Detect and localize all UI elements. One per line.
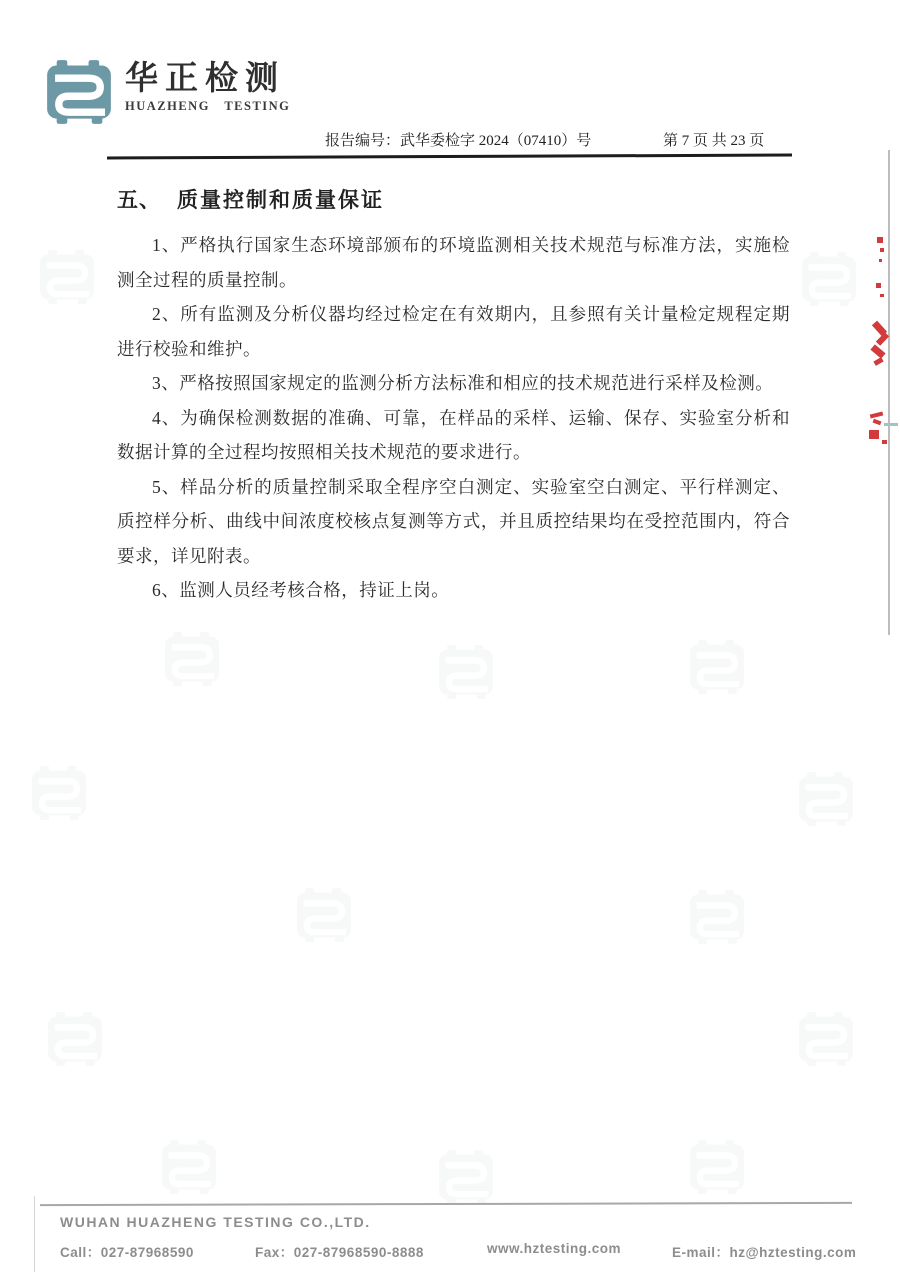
watermark-logo <box>688 1140 746 1194</box>
header-rule <box>107 154 792 160</box>
body-paragraph: 5、样品分析的质量控制采取全程序空白测定、实验室空白测定、平行样测定、质控样分析… <box>117 470 790 574</box>
watermark-logo <box>797 772 855 826</box>
footer-rule <box>40 1202 852 1206</box>
red-ink-mark <box>870 411 884 418</box>
page-indicator: 第 7 页 共 23 页 <box>663 129 764 150</box>
watermark-logo <box>688 890 746 944</box>
red-ink-mark <box>880 294 884 297</box>
footer-website: www.hztesting.com <box>487 1241 621 1256</box>
watermark-logo <box>46 1012 104 1066</box>
body-paragraph: 4、为确保检测数据的准确、可靠，在样品的采样、运输、保存、实验室分析和数据计算的… <box>117 401 790 470</box>
body-paragraph: 3、严格按照国家规定的监测分析方法标准和相应的技术规范进行采样及检测。 <box>117 366 790 401</box>
scan-edge-line <box>888 150 890 635</box>
red-ink-mark <box>873 419 882 425</box>
red-ink-mark <box>879 259 882 262</box>
footer-company-name: WUHAN HUAZHENG TESTING CO.,LTD. <box>60 1214 371 1230</box>
watermark-logo <box>437 645 495 699</box>
watermark-logo <box>38 250 96 304</box>
logo-name-cn: 华正检测 <box>125 62 290 96</box>
watermark-logo <box>688 640 746 694</box>
red-ink-mark <box>882 440 887 444</box>
body-paragraph: 2、所有监测及分析仪器均经过检定在有效期内，且参照有关计量检定规程定期进行校验和… <box>117 297 790 366</box>
document-body: 五、质量控制和质量保证 1、严格执行国家生态环境部颁布的环境监测相关技术规范与标… <box>117 184 790 608</box>
section-title-text: 质量控制和质量保证 <box>177 188 384 212</box>
company-logo: 华正检测 HUAZHENG TESTING <box>45 60 290 124</box>
logo-text: 华正检测 HUAZHENG TESTING <box>125 60 290 114</box>
section-title: 五、质量控制和质量保证 <box>117 184 790 214</box>
scan-edge-line-bottom <box>34 1196 35 1272</box>
red-ink-mark <box>877 237 883 243</box>
watermark-logo <box>437 1150 495 1204</box>
huazheng-logo-icon <box>45 60 113 124</box>
body-paragraph: 1、严格执行国家生态环境部颁布的环境监测相关技术规范与标准方法，实施检测全过程的… <box>117 228 790 297</box>
red-ink-mark <box>876 283 881 288</box>
report-number: 报告编号：武华委检字 2024（07410）号 <box>325 129 591 150</box>
red-ink-mark <box>873 357 883 366</box>
teal-ink-mark <box>884 423 898 426</box>
watermark-logo <box>295 888 353 942</box>
watermark-logo <box>800 252 858 306</box>
watermark-logo <box>160 1140 218 1194</box>
red-ink-mark <box>869 430 879 439</box>
watermark-logo <box>797 1012 855 1066</box>
footer-email: E-mail：hz@hztesting.com <box>672 1241 856 1261</box>
footer-phone: Call：027-87968590 <box>60 1241 194 1261</box>
section-number: 五、 <box>117 188 161 212</box>
footer-fax: Fax：027-87968590-8888 <box>255 1241 424 1261</box>
watermark-logo <box>30 766 88 820</box>
red-ink-mark <box>880 248 884 252</box>
logo-name-en: HUAZHENG TESTING <box>125 99 290 114</box>
red-ink-mark <box>870 344 885 358</box>
watermark-logo <box>163 632 221 686</box>
body-paragraph: 6、监测人员经考核合格，持证上岗。 <box>117 573 790 608</box>
